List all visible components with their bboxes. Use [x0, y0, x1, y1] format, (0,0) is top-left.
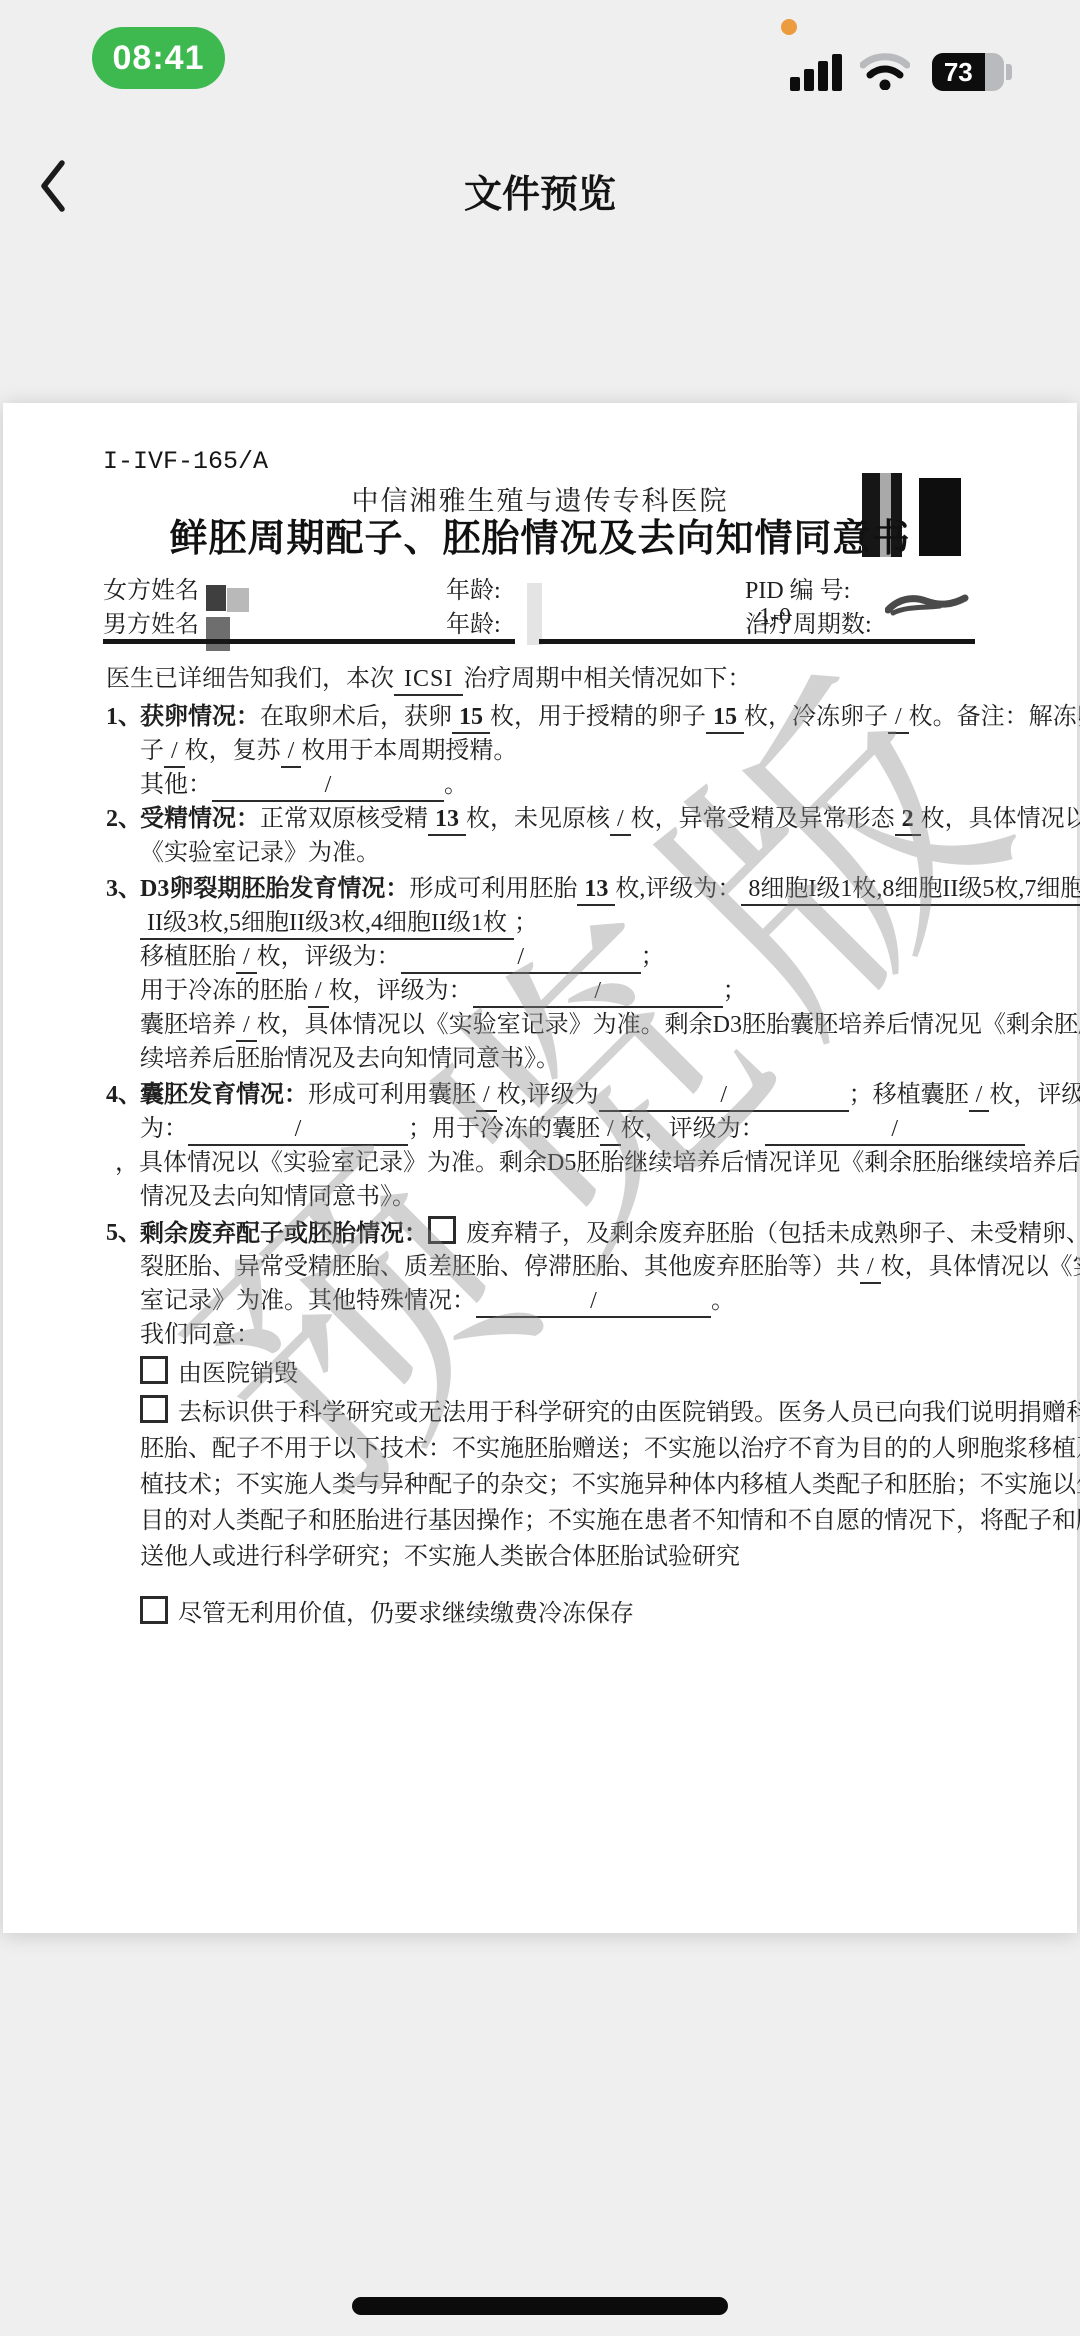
text: 枚,评级为	[497, 1082, 599, 1108]
age-label-1: 年龄:	[446, 570, 501, 605]
text: 枚，具体情况以《实验	[881, 1254, 1080, 1280]
text: 医生已详细告知我们，本次	[106, 666, 394, 692]
discarded-total-value: /	[860, 1252, 881, 1284]
text: 室记录》为准。其他特殊情况：	[140, 1288, 476, 1314]
grading-blank-field: /	[473, 976, 723, 1008]
abnormal-fertilized-value: 2	[895, 804, 921, 836]
item5-line2: 裂胚胎、异常受精胚胎、质差胚胎、停滞胚胎、其他废弃胚胎等）共/枚，具体情况以《实…	[140, 1250, 1080, 1284]
text: 。	[711, 1288, 735, 1314]
item-number: 3、	[106, 872, 142, 906]
item4-line2: 为：/；用于冷冻的囊胚/枚，评级为：/	[140, 1112, 1025, 1146]
item3-line3: 移植胚胎/枚，评级为：/；	[140, 940, 665, 974]
doc-intro-line: 医生已详细告知我们，本次ICSI治疗周期中相关情况如下：	[106, 662, 751, 696]
item-title: 剩余废弃配子或胚胎情况：	[140, 1221, 428, 1247]
document-title: 鲜胚周期配子、胚胎情况及去向知情同意书	[3, 507, 1077, 562]
header-rule-right	[539, 639, 975, 644]
text: 枚。备注：解冻卵	[909, 704, 1080, 730]
item-title: 获卵情况：	[140, 704, 260, 730]
male-name-label: 男方姓名	[103, 604, 199, 639]
embryo-grading-value-1: 8细胞I级1枚,8细胞II级5枚,7细胞	[741, 874, 1080, 906]
redaction-pid-scribble	[885, 593, 969, 624]
text: 由医院销毁	[178, 1361, 298, 1387]
item3-line1: 3、D3卵裂期胚胎发育情况：形成可利用胚胎13枚,评级为：8细胞I级1枚,8细胞…	[140, 872, 1080, 906]
redaction-female-name-2	[227, 588, 249, 612]
item3-line6: 续培养后胚胎情况及去向知情同意书》。	[140, 1042, 560, 1076]
text: 形成可利用囊胚	[308, 1082, 476, 1108]
page-title: 文件预览	[0, 163, 1080, 218]
eggs-inseminated-value: 15	[706, 702, 744, 734]
text: 目的对人类配子和胚胎进行基因操作；不实施在患者不知情和不自愿的情况下，将配子和胚…	[140, 1508, 1080, 1534]
transferred-blastocysts-value: /	[969, 1080, 990, 1112]
grading-blank-field: /	[188, 1114, 408, 1146]
item2-line2: 《实验室记录》为准。	[140, 836, 380, 870]
grading-blank-field: /	[765, 1114, 1025, 1146]
blastocyst-culture-value: /	[236, 1010, 257, 1042]
text: 其他：	[140, 772, 212, 798]
text: 枚，评级	[989, 1082, 1080, 1108]
form-code: I-IVF-165/A	[103, 447, 268, 476]
item5-line1: 5、剩余废弃配子或胚胎情况：废弃精子，及剩余废弃胚胎（包括未成熟卵子、未受精卵、…	[140, 1216, 1080, 1250]
special-cases-blank-field: /	[476, 1286, 711, 1318]
checkbox-destroy-by-hospital	[140, 1356, 168, 1384]
text: 用于冷冻的胚胎	[140, 978, 308, 1004]
item-number: 2、	[106, 802, 142, 836]
text: 植技术；不实施人类与异种配子的杂交；不实施异种体内移植人类配子和胚胎；不实施以生…	[140, 1472, 1080, 1498]
text: 枚，冷冻卵子	[744, 704, 888, 730]
item-number: 1、	[106, 700, 142, 734]
text: 情况及去向知情同意书》。	[140, 1184, 416, 1210]
item1-line1: 1、获卵情况：在取卵术后，获卵15枚，用于授精的卵子15枚，冷冻卵子/枚。备注：…	[140, 700, 1080, 734]
item4-line4: 情况及去向知情同意书》。	[140, 1180, 416, 1214]
checkbox-line-research-2: 胚胎、配子不用于以下技术：不实施胚胎赠送；不实施以治疗不育为目的的人卵胞浆移植及…	[140, 1432, 1080, 1466]
normal-fertilized-value: 13	[428, 804, 466, 836]
checkbox-line-research-4: 目的对人类配子和胚胎进行基因操作；不实施在患者不知情和不自愿的情况下，将配子和胚…	[140, 1504, 1080, 1538]
redaction-female-name	[206, 585, 226, 611]
text: 枚，评级为：	[621, 1116, 765, 1142]
battery-nub	[1006, 64, 1012, 80]
checkbox-line-research-3: 植技术；不实施人类与异种配子的杂交；不实施异种体内移植人类配子和胚胎；不实施以生…	[140, 1468, 1080, 1502]
checkbox-donate-research	[140, 1395, 168, 1423]
item3-line4: 用于冷冻的胚胎/枚，评级为：/；	[140, 974, 747, 1008]
home-indicator[interactable]	[352, 2297, 728, 2315]
item-number: 5、	[106, 1216, 142, 1250]
battery-icon: 73	[932, 53, 1004, 91]
text: 续培养后胚胎情况及去向知情同意书》。	[140, 1046, 560, 1072]
usable-blastocysts-value: /	[476, 1080, 497, 1112]
item-title: D3卵裂期胚胎发育情况：	[140, 876, 409, 902]
treatment-method-value: ICSI	[394, 664, 463, 696]
text: 囊胚培养	[140, 1012, 236, 1038]
text: 枚，评级为：	[257, 944, 401, 970]
grading-blank-field: /	[401, 942, 641, 974]
status-time: 08:41	[113, 39, 205, 78]
other-blank-field: /	[212, 770, 444, 802]
cycle-value: 1-0	[759, 604, 791, 631]
item1-line3: 其他：/。	[140, 768, 468, 802]
text: 我们同意：	[140, 1322, 260, 1348]
text: 枚，异常受精及异常形态	[631, 806, 895, 832]
text: 移植胚胎	[140, 944, 236, 970]
text: 子	[140, 738, 164, 764]
frozen-embryos-value: /	[308, 976, 329, 1008]
battery-percent: 73	[932, 53, 985, 91]
frozen-blastocysts-value: /	[600, 1114, 621, 1146]
usable-embryos-value: 13	[577, 874, 615, 906]
text: 裂胚胎、异常受精胚胎、质差胚胎、停滞胚胎、其他废弃胚胎等）共	[140, 1254, 860, 1280]
redaction-male-name	[206, 617, 230, 651]
checkbox-keep-frozen	[140, 1596, 168, 1624]
text: 形成可利用胚胎	[409, 876, 577, 902]
item4-line3: ，具体情况以《实验室记录》为准。剩余D5胚胎继续培养后情况详见《剩余胚胎继续培养…	[115, 1146, 1080, 1180]
text: 枚，未见原核	[466, 806, 610, 832]
text: 治疗周期中相关情况如下：	[463, 666, 751, 692]
item-title: 受精情况：	[140, 806, 260, 832]
no-pronucleus-value: /	[610, 804, 631, 836]
cellular-signal-icon	[790, 53, 844, 91]
grading-blank-field: /	[599, 1080, 849, 1112]
text: ；	[723, 978, 747, 1004]
recording-indicator-dot	[781, 19, 797, 35]
agree-line: 我们同意：	[140, 1318, 260, 1352]
text: 枚，用于授精的卵子	[490, 704, 706, 730]
embryo-grading-value-2: II级3枚,5细胞II级3枚,4细胞II级1枚	[140, 908, 514, 940]
checkbox-discard-sperm	[428, 1216, 456, 1244]
text: ；	[641, 944, 665, 970]
text: ，具体情况以《实验室记录》为准。剩余D5胚胎继续培养后情况详见《剩余胚胎继续培养…	[115, 1150, 1080, 1176]
eggs-retrieved-value: 15	[452, 702, 490, 734]
text: 去标识供于科学研究或无法用于科学研究的由医院销毁。医务人员已向我们说明捐赠科研的	[178, 1400, 1080, 1426]
text: ；用于冷冻的囊胚	[408, 1116, 600, 1142]
thawed-eggs-value: /	[164, 736, 185, 768]
item5-line3: 室记录》为准。其他特殊情况：/。	[140, 1284, 735, 1318]
text: 枚，复苏	[185, 738, 281, 764]
status-time-pill: 08:41	[92, 27, 225, 89]
text: 枚，具体情况以	[921, 806, 1080, 832]
item1-line2: 子/枚，复苏/枚用于本周期授精。	[140, 734, 517, 768]
text: ；移植囊胚	[849, 1082, 969, 1108]
text: 在取卵术后，获卵	[260, 704, 452, 730]
wifi-icon	[860, 52, 910, 95]
pid-label: PID 编 号:	[745, 570, 850, 605]
document-page: I-IVF-165/A 中信湘雅生殖与遗传专科医院 鲜胚周期配子、胚胎情况及去向…	[3, 403, 1077, 1933]
age-label-2: 年龄:	[446, 604, 501, 639]
female-name-label: 女方姓名	[103, 570, 199, 605]
checkbox-line-destroy: 由医院销毁	[140, 1356, 298, 1390]
header-rule-left	[103, 639, 515, 644]
text: 废弃精子，及剩余废弃胚胎（包括未成熟卵子、未受精卵、未卵	[466, 1221, 1080, 1247]
text: 送他人或进行科学研究；不实施人类嵌合体胚胎试验研究	[140, 1544, 740, 1570]
text: 正常双原核受精	[260, 806, 428, 832]
text: ；	[514, 910, 538, 936]
text: 为：	[140, 1116, 188, 1142]
text: 。	[444, 772, 468, 798]
item3-line5: 囊胚培养/枚，具体情况以《实验室记录》为准。剩余D3胚胎囊胚培养后情况见《剩余胚…	[140, 1008, 1080, 1042]
redaction-age	[527, 583, 542, 645]
item-number: 4、	[106, 1078, 142, 1112]
item4-line1: 4、囊胚发育情况：形成可利用囊胚/枚,评级为/；移植囊胚/枚，评级	[140, 1078, 1080, 1112]
text: 枚,评级为：	[615, 876, 741, 902]
frozen-eggs-value: /	[888, 702, 909, 734]
text: 枚用于本周期授精。	[301, 738, 517, 764]
text: 《实验室记录》为准。	[140, 840, 380, 866]
transferred-embryos-value: /	[236, 942, 257, 974]
text: 枚，评级为：	[329, 978, 473, 1004]
checkbox-line-research-1: 去标识供于科学研究或无法用于科学研究的由医院销毁。医务人员已向我们说明捐赠科研的	[140, 1395, 1080, 1429]
checkbox-line-research-5: 送他人或进行科学研究；不实施人类嵌合体胚胎试验研究	[140, 1540, 740, 1574]
text: 枚，具体情况以《实验室记录》为准。剩余D3胚胎囊胚培养后情况见《剩余胚胎继	[257, 1012, 1080, 1038]
checkbox-line-keep-frozen: 尽管无利用价值，仍要求继续缴费冷冻保存	[140, 1596, 634, 1630]
text: 胚胎、配子不用于以下技术：不实施胚胎赠送；不实施以治疗不育为目的的人卵胞浆移植及…	[140, 1436, 1080, 1462]
item3-line2: II级3枚,5细胞II级3枚,4细胞II级1枚；	[140, 906, 538, 940]
text: 尽管无利用价值，仍要求继续缴费冷冻保存	[178, 1601, 634, 1627]
revived-eggs-value: /	[281, 736, 302, 768]
item-title: 囊胚发育情况：	[140, 1082, 308, 1108]
item2-line1: 2、受精情况：正常双原核受精13枚，未见原核/枚，异常受精及异常形态2枚，具体情…	[140, 802, 1080, 836]
